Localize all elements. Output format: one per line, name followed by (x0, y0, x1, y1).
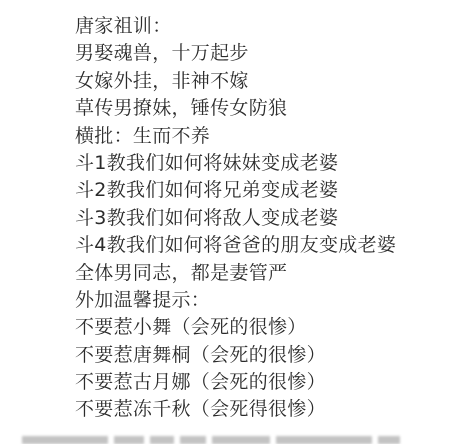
text-line: 外加温馨提示： (75, 287, 445, 314)
text-line: 草传男撩妹，锤传女防狼 (75, 95, 445, 122)
text-line: 斗1教我们如何将妹妹变成老婆 (75, 150, 445, 177)
text-line: 斗4教我们如何将爸爸的朋友变成老婆 (75, 232, 445, 259)
text-line: 不要惹冻千秋（会死得很惨） (75, 396, 445, 423)
text-line: 男娶魂兽，十万起步 (75, 40, 445, 67)
text-line: 不要惹唐舞桐（会死的很惨） (75, 342, 445, 369)
text-line: 斗2教我们如何将兄弟变成老婆 (75, 177, 445, 204)
text-line-title: 唐家祖训： (75, 13, 445, 40)
text-document: 唐家祖训： 男娶魂兽，十万起步 女嫁外挂，非神不嫁 草传男撩妹，锤传女防狼 横批… (75, 13, 445, 424)
text-line: 横批：生而不养 (75, 123, 445, 150)
text-line: 斗3教我们如何将敌人变成老婆 (75, 205, 445, 232)
text-line: 不要惹古月娜（会死的很惨） (75, 369, 445, 396)
text-line: 不要惹小舞（会死的很惨） (75, 314, 445, 341)
text-line: 全体男同志，都是妻管严 (75, 260, 445, 287)
text-line: 女嫁外挂，非神不嫁 (75, 68, 445, 95)
cut-off-text-line (22, 436, 432, 444)
